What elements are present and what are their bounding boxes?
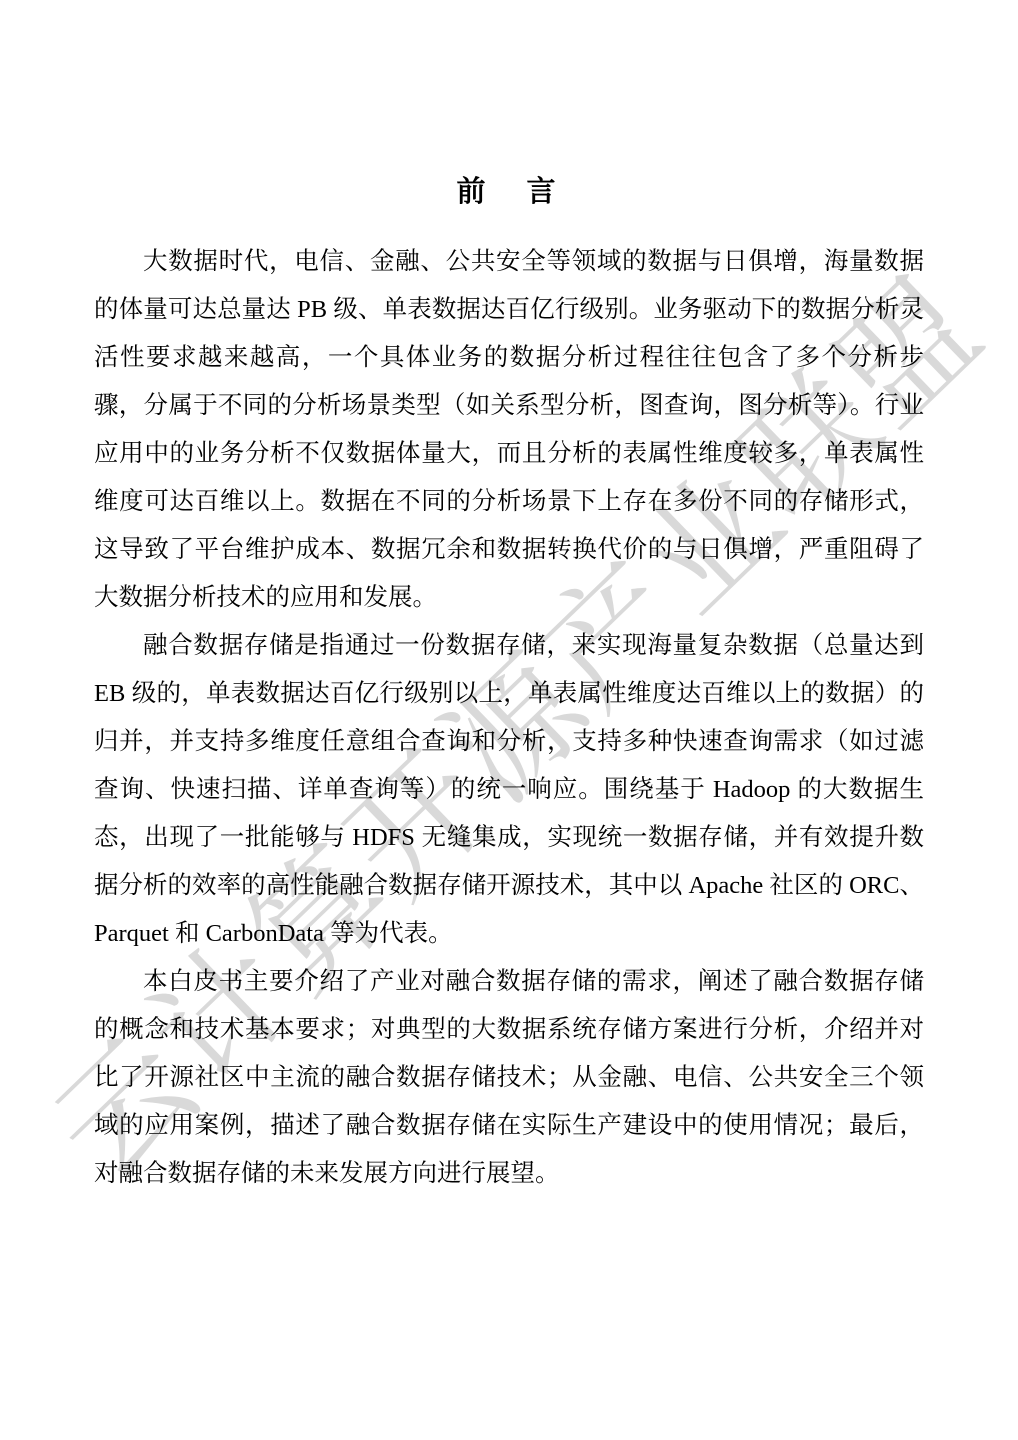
document-page: 云计算开源产业联盟 前 言 大数据时代，电信、金融、公共安全等领域的数据与日俱增… <box>0 0 1018 1440</box>
paragraph: 大数据时代，电信、金融、公共安全等领域的数据与日俱增，海量数据的体量可达总量达 … <box>94 238 924 622</box>
paragraph: 本白皮书主要介绍了产业对融合数据存储的需求，阐述了融合数据存储的概念和技术基本要… <box>94 958 924 1198</box>
page-content: 前 言 大数据时代，电信、金融、公共安全等领域的数据与日俱增，海量数据的体量可达… <box>94 0 924 1198</box>
paragraph: 融合数据存储是指通过一份数据存储，来实现海量复杂数据（总量达到 EB 级的，单表… <box>94 622 924 958</box>
preface-body: 大数据时代，电信、金融、公共安全等领域的数据与日俱增，海量数据的体量可达总量达 … <box>94 238 924 1198</box>
page-title: 前 言 <box>94 168 924 216</box>
